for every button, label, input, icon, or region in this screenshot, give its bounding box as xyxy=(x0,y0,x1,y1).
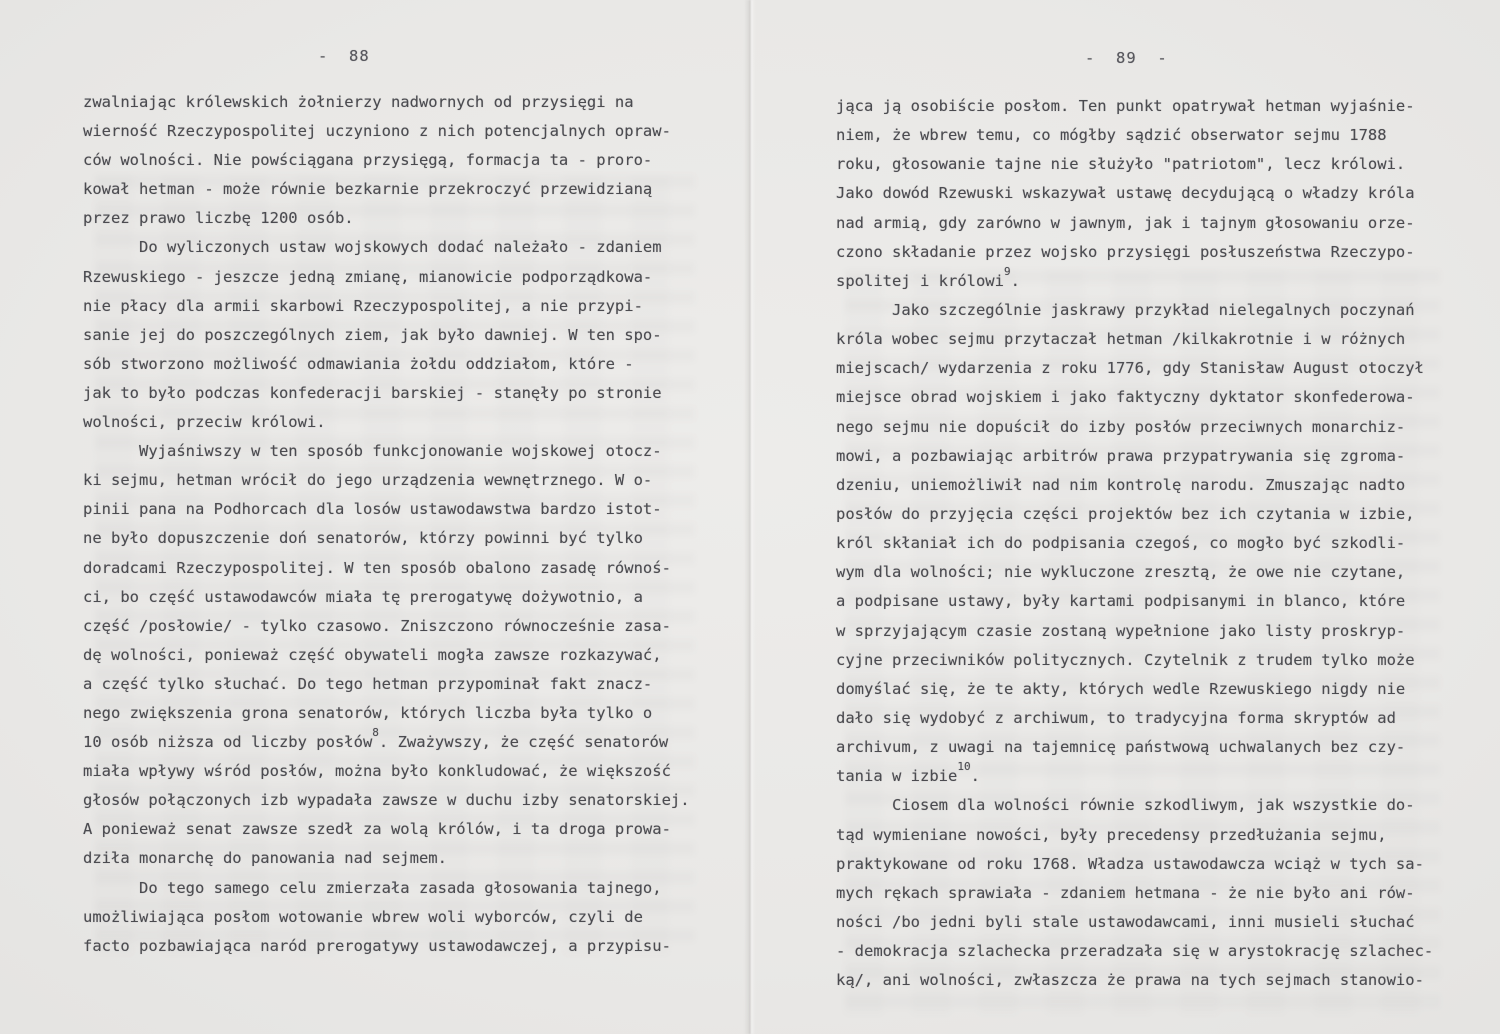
page-number-right: - 89 - xyxy=(1085,49,1168,67)
center-fold-crease xyxy=(744,0,756,1034)
text-line: tąd wymieniane nowości, były precedensy … xyxy=(836,821,1433,850)
text-line: nego zwiększenia grona senatorów, któryc… xyxy=(83,699,690,728)
text-line: część /posłowie/ - tylko czasowo. Zniszc… xyxy=(83,612,690,641)
text-line: król skłaniał ich do podpisania czegoś, … xyxy=(836,529,1433,558)
text-line: niem, że wbrew temu, co mógłby sądzić ob… xyxy=(836,121,1433,150)
text-line: Wyjaśniwszy w ten sposób funkcjonowanie … xyxy=(83,437,690,466)
page-number-left: - 88 xyxy=(318,47,370,65)
text-line: ności /bo jedni byli stale ustawodawcami… xyxy=(836,908,1433,937)
text-line: A ponieważ senat zawsze szedł za wolą kr… xyxy=(83,815,690,844)
text-line: nie płacy dla armii skarbowi Rzeczypospo… xyxy=(83,292,690,321)
text-line: wym dla wolności; nie wykluczone zresztą… xyxy=(836,558,1433,587)
text-line: a podpisane ustawy, były kartami podpisa… xyxy=(836,587,1433,616)
scanned-document: - 88 zwalniając królewskich żołnierzy na… xyxy=(0,0,1500,1034)
text-line: miejscach/ wydarzenia z roku 1776, gdy S… xyxy=(836,354,1433,383)
text-line: czono składanie przez wojsko przysięgi p… xyxy=(836,238,1433,267)
text-line: dzeniu, uniemożliwił nad nim kontrolę na… xyxy=(836,471,1433,500)
text-line: facto pozbawiająca naród prerogatywy ust… xyxy=(83,932,690,961)
text-line: umożliwiająca posłom wotowanie wbrew wol… xyxy=(83,903,690,932)
text-line: nad armią, gdy zarówno w jawnym, jak i t… xyxy=(836,209,1433,238)
text-line: jąca ją osobiście posłom. Ten punkt opat… xyxy=(836,92,1433,121)
text-line: Rzewuskiego - jeszcze jedną zmianę, mian… xyxy=(83,263,690,292)
text-line: miała wpływy wśród posłów, można było ko… xyxy=(83,757,690,786)
text-line: jak to było podczas konfederacji barskie… xyxy=(83,379,690,408)
text-line: tania w izbie10. xyxy=(836,762,1433,791)
text-line: cyjne przeciwników politycznych. Czyteln… xyxy=(836,646,1433,675)
text-line: Jako szczególnie jaskrawy przykład niele… xyxy=(836,296,1433,325)
text-line: ne było dopuszczenie doń senatorów, któr… xyxy=(83,524,690,553)
text-line: sanie jej do poszczególnych ziem, jak by… xyxy=(83,321,690,350)
text-line: miejsce obrad wojskiem i jako faktyczny … xyxy=(836,383,1433,412)
text-line: ką/, ani wolności, zwłaszcza że prawa na… xyxy=(836,966,1433,995)
text-line: nego sejmu nie dopuścił do izby posłów p… xyxy=(836,413,1433,442)
text-line: archivum, z uwagi na tajemnicę państwową… xyxy=(836,733,1433,762)
text-line: mych rękach sprawiała - zdaniem hetmana … xyxy=(836,879,1433,908)
text-line: posłów do przyjęcia części projektów bez… xyxy=(836,500,1433,529)
text-line: dało się wydobyć z archiwum, to tradycyj… xyxy=(836,704,1433,733)
text-line: domyślać się, że te akty, których wedle … xyxy=(836,675,1433,704)
page-text-right: jąca ją osobiście posłom. Ten punkt opat… xyxy=(836,92,1433,995)
text-line: Ciosem dla wolności równie szkodliwym, j… xyxy=(836,791,1433,820)
text-line: króla wobec sejmu przytaczał hetman /kil… xyxy=(836,325,1433,354)
text-line: - demokracja szlachecka przeradzała się … xyxy=(836,937,1433,966)
text-line: ki sejmu, hetman wrócił do jego urządzen… xyxy=(83,466,690,495)
text-line: spolitej i królowi9. xyxy=(836,267,1433,296)
text-line: praktykowane od roku 1768. Władza ustawo… xyxy=(836,850,1433,879)
text-line: Do tego samego celu zmierzała zasada gło… xyxy=(83,874,690,903)
text-line: głosów połączonych izb wypadała zawsze w… xyxy=(83,786,690,815)
text-line: wolności, przeciw królowi. xyxy=(83,408,690,437)
text-line: doradcami Rzeczypospolitej. W ten sposób… xyxy=(83,554,690,583)
text-line: pinii pana na Podhorcach dla losów ustaw… xyxy=(83,495,690,524)
page-text-left: zwalniając królewskich żołnierzy nadworn… xyxy=(83,88,690,961)
text-line: zwalniając królewskich żołnierzy nadworn… xyxy=(83,88,690,117)
text-line: wierność Rzeczypospolitej uczyniono z ni… xyxy=(83,117,690,146)
text-line: a część tylko słuchać. Do tego hetman pr… xyxy=(83,670,690,699)
text-line: roku, głosowanie tajne nie służyło "patr… xyxy=(836,150,1433,179)
text-line: kował hetman - może równie bezkarnie prz… xyxy=(83,175,690,204)
text-line: ci, bo część ustawodawców miała tę prero… xyxy=(83,583,690,612)
text-line: Jako dowód Rzewuski wskazywał ustawę dec… xyxy=(836,179,1433,208)
text-line: przez prawo liczbę 1200 osób. xyxy=(83,204,690,233)
text-line: sób stworzono możliwość odmawiania żołdu… xyxy=(83,350,690,379)
text-line: dę wolności, ponieważ część obywateli mo… xyxy=(83,641,690,670)
text-line: Do wyliczonych ustaw wojskowych dodać na… xyxy=(83,233,690,262)
text-line: ców wolności. Nie powściągana przysięgą,… xyxy=(83,146,690,175)
text-line: dziła monarchę do panowania nad sejmem. xyxy=(83,844,690,873)
text-line: mowi, a pozbawiając arbitrów prawa przyp… xyxy=(836,442,1433,471)
text-line: 10 osób niższa od liczby posłów8. Zważyw… xyxy=(83,728,690,757)
text-line: w sprzyjającym czasie zostaną wypełnione… xyxy=(836,617,1433,646)
